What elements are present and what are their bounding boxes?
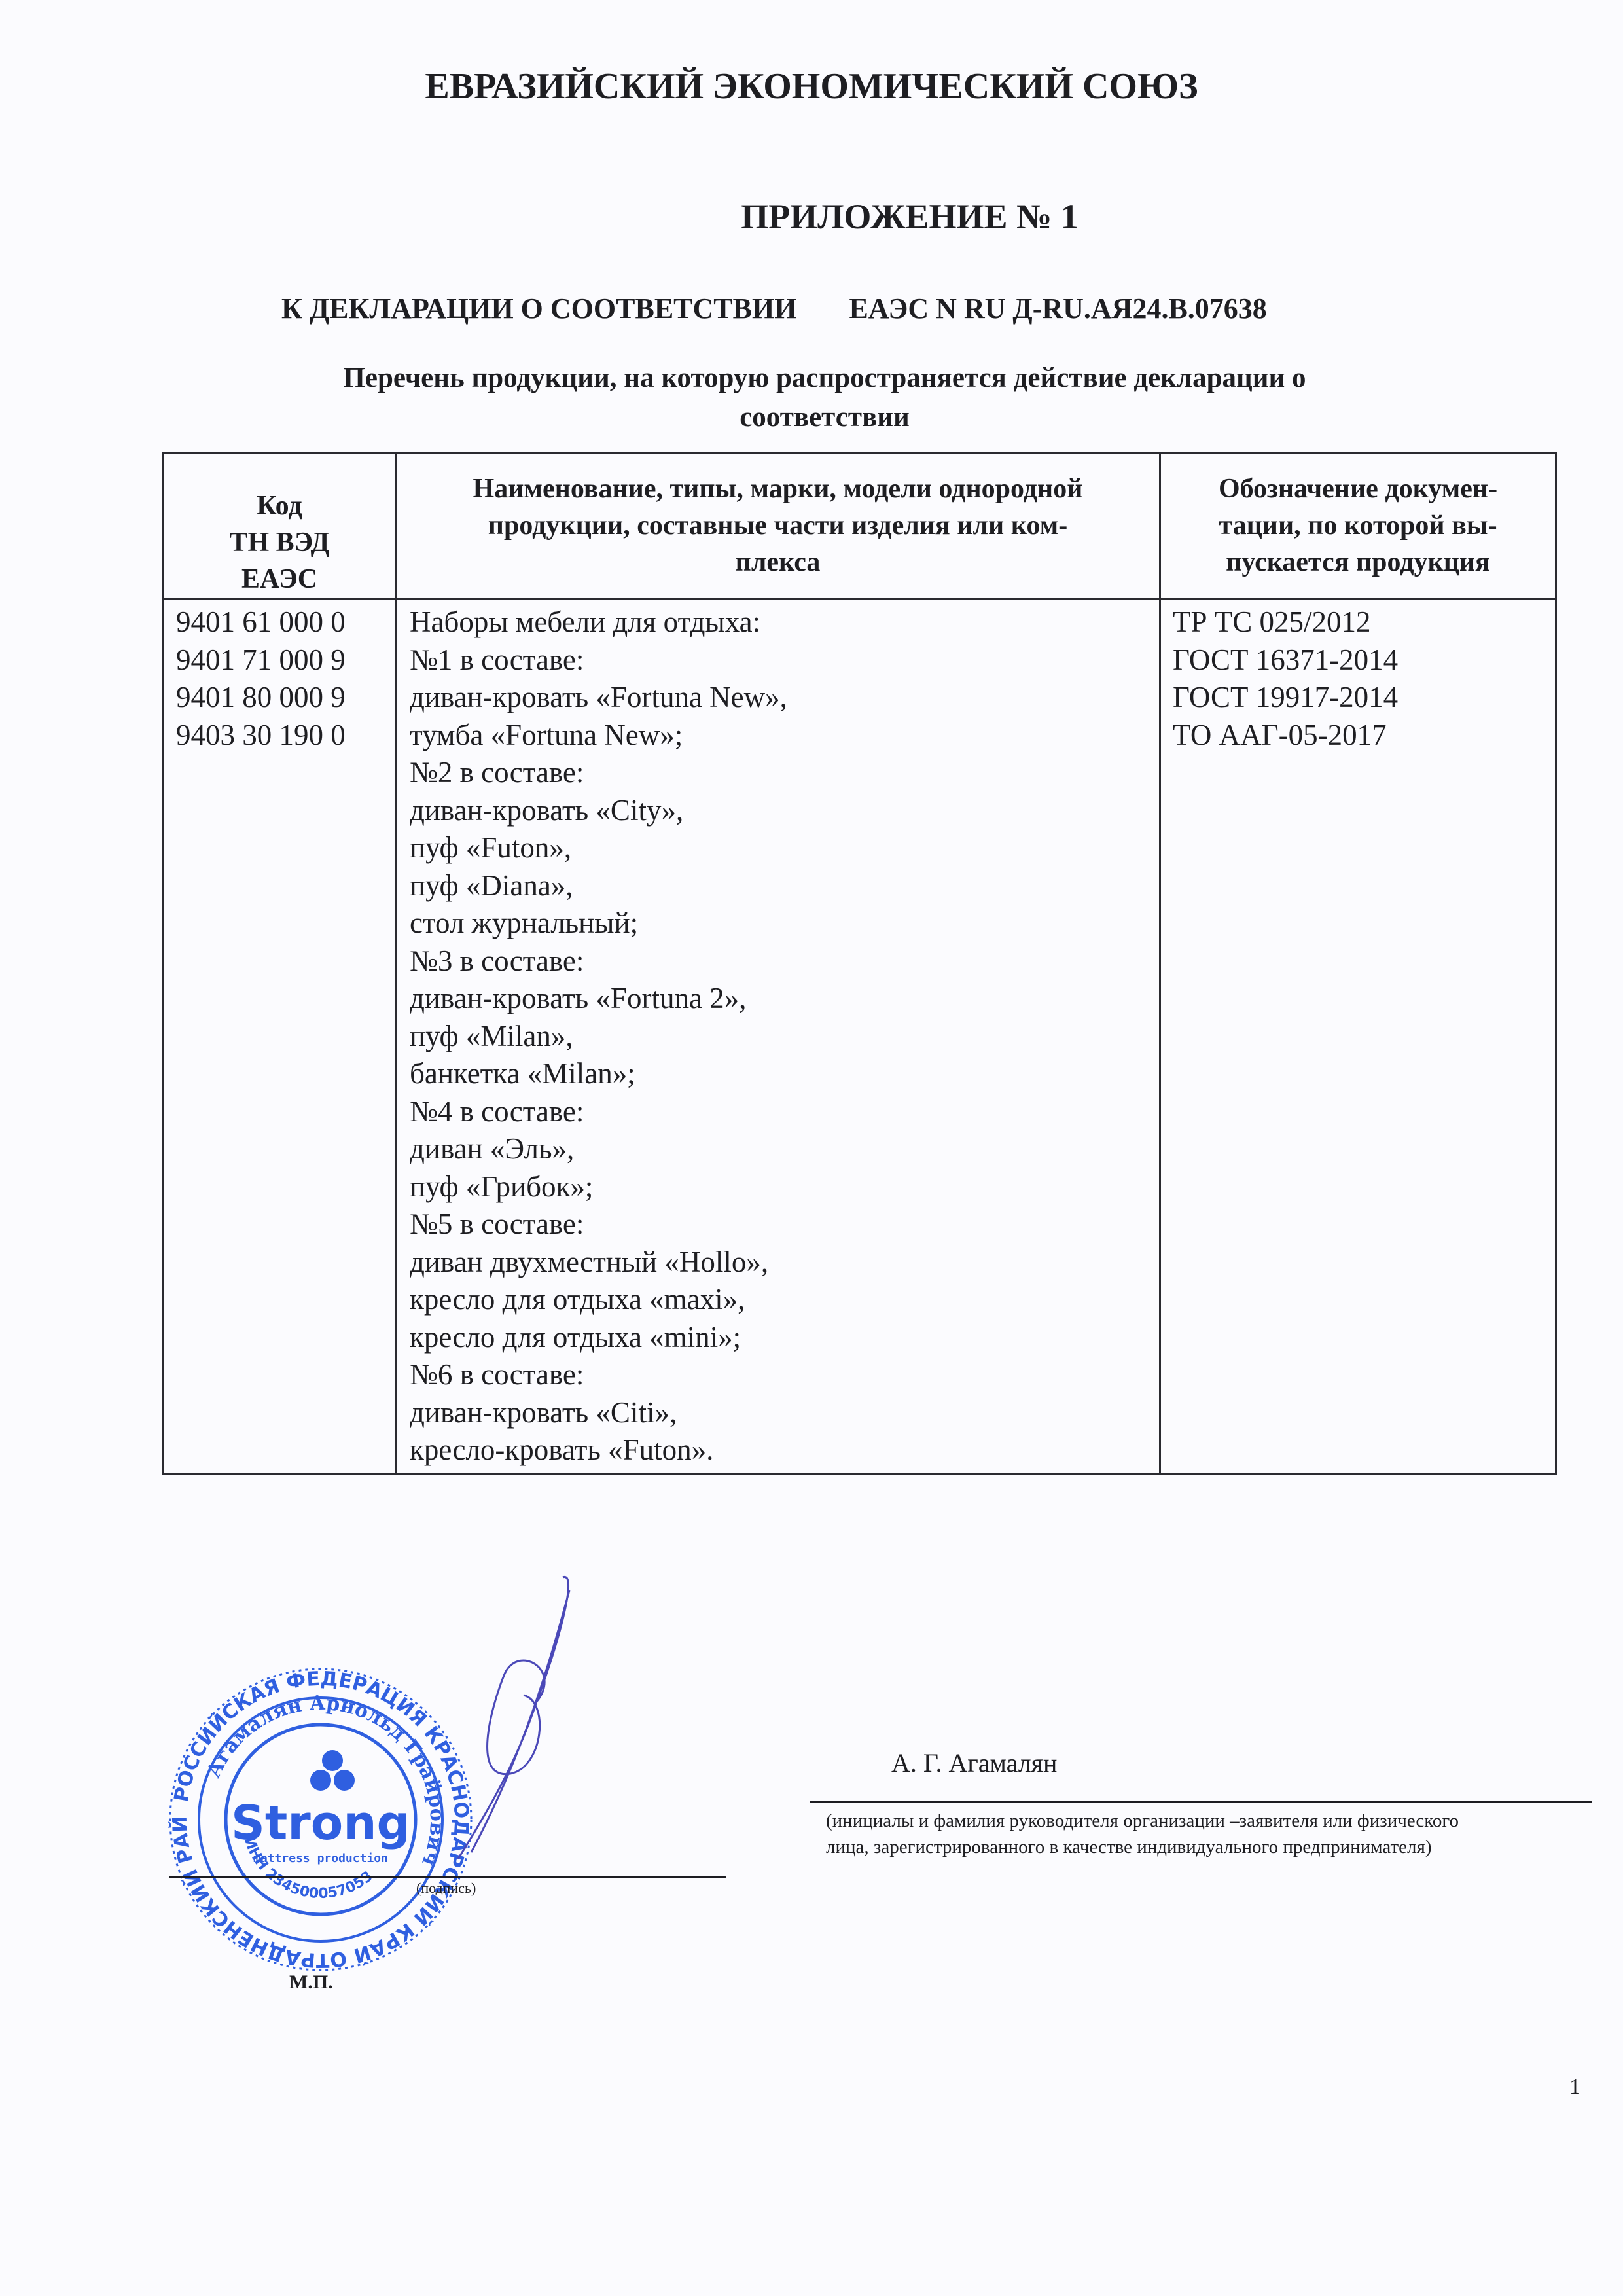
header-product-name: Наименование, типы, марки, модели одноро… xyxy=(396,453,1160,599)
text-line: банкетка «Milan»; xyxy=(410,1055,1147,1093)
subtitle-line-2: соответствии xyxy=(236,398,1414,437)
page-number: 1 xyxy=(1569,2075,1580,2100)
list-subtitle: Перечень продукции, на которую распростр… xyxy=(236,359,1414,437)
text-line: №4 в составе: xyxy=(410,1093,1147,1131)
text-line: диван-кровать «Fortuna New», xyxy=(410,679,1147,717)
text-line: 9401 71 000 9 xyxy=(176,641,383,679)
stamp-logo: Strong xyxy=(231,1795,410,1850)
handwritten-signature xyxy=(393,1571,615,1878)
subtitle-line-1: Перечень продукции, на которую распростр… xyxy=(236,359,1414,398)
text-line: диван-кровать «Citi», xyxy=(410,1394,1147,1432)
declaration-heading: К ДЕКЛАРАЦИИ О СООТВЕТСТВИИЕАЭС N RU Д-R… xyxy=(281,292,1267,325)
text-line: №5 в составе: xyxy=(410,1206,1147,1244)
cell-products: Наборы мебели для отдыха:№1 в составе:ди… xyxy=(396,599,1160,1475)
text-line: Наборы мебели для отдыха: xyxy=(410,603,1147,641)
seal-place-label: М.П. xyxy=(289,1971,333,1994)
products-table: КодТН ВЭДЕАЭС Наименование, типы, марки,… xyxy=(162,452,1557,1475)
text-line: стол журнальный; xyxy=(410,905,1147,942)
table-header-row: КодТН ВЭДЕАЭС Наименование, типы, марки,… xyxy=(164,453,1556,599)
text-line: ГОСТ 16371-2014 xyxy=(1173,641,1543,679)
text-line: диван двухместный «Hollo», xyxy=(410,1244,1147,1282)
text-line: пуф «Грибок»; xyxy=(410,1168,1147,1206)
text-line: продукции, составные части изделия или к… xyxy=(406,507,1150,544)
text-line: тации, по которой вы- xyxy=(1170,507,1546,544)
role-caption-line-1: (инициалы и фамилия руководителя организ… xyxy=(826,1808,1611,1834)
cell-documents: ТР ТС 025/2012ГОСТ 16371-2014ГОСТ 19917-… xyxy=(1160,599,1556,1475)
text-line: тумба «Fortuna New»; xyxy=(410,717,1147,755)
text-line: диван «Эль», xyxy=(410,1130,1147,1168)
text-line: Код xyxy=(173,488,385,524)
text-line: 9403 30 190 0 xyxy=(176,717,383,755)
signature-caption: (подпись) xyxy=(416,1880,476,1897)
text-line: 9401 61 000 0 xyxy=(176,603,383,641)
text-line: №1 в составе: xyxy=(410,641,1147,679)
signer-name: А. Г. Агамалян xyxy=(891,1748,1057,1778)
signature-line xyxy=(169,1876,726,1878)
name-line xyxy=(810,1801,1592,1803)
text-line: №6 в составе: xyxy=(410,1356,1147,1394)
text-line: 9401 80 000 9 xyxy=(176,679,383,717)
text-line: №2 в составе: xyxy=(410,754,1147,792)
text-line: пуф «Milan», xyxy=(410,1018,1147,1056)
text-line: диван-кровать «Fortuna 2», xyxy=(410,980,1147,1018)
stamp-logo-tagline: mattress production xyxy=(253,1852,388,1865)
table-row: 9401 61 000 09401 71 000 99401 80 000 99… xyxy=(164,599,1556,1475)
text-line: пускается продукция xyxy=(1170,544,1546,581)
text-line: пуф «Futon», xyxy=(410,829,1147,867)
role-caption: (инициалы и фамилия руководителя организ… xyxy=(826,1808,1611,1860)
text-line: кресло для отдыха «mini»; xyxy=(410,1319,1147,1357)
header-code: КодТН ВЭДЕАЭС xyxy=(164,453,396,599)
text-line: ТН ВЭД xyxy=(173,524,385,561)
text-line: диван-кровать «City», xyxy=(410,792,1147,830)
cell-codes: 9401 61 000 09401 71 000 99401 80 000 99… xyxy=(164,599,396,1475)
text-line: ГОСТ 19917-2014 xyxy=(1173,679,1543,717)
declaration-label: К ДЕКЛАРАЦИИ О СООТВЕТСТВИИ xyxy=(281,293,796,325)
text-line: Наименование, типы, марки, модели одноро… xyxy=(406,471,1150,507)
declaration-number: ЕАЭС N RU Д-RU.АЯ24.В.07638 xyxy=(849,293,1266,325)
text-line: ЕАЭС xyxy=(173,561,385,598)
text-line: ТР ТС 025/2012 xyxy=(1173,603,1543,641)
union-title: ЕВРАЗИЙСКИЙ ЭКОНОМИЧЕСКИЙ СОЮЗ xyxy=(0,65,1623,107)
text-line: №3 в составе: xyxy=(410,942,1147,980)
appendix-title: ПРИЛОЖЕНИЕ № 1 xyxy=(681,196,1139,237)
role-caption-line-2: лица, зарегистрированного в качестве инд… xyxy=(826,1834,1611,1860)
text-line: кресло для отдыха «maxi», xyxy=(410,1281,1147,1319)
text-line: плекса xyxy=(406,544,1150,581)
text-line: ТО ААГ-05-2017 xyxy=(1173,717,1543,755)
header-documents: Обозначение докумен-тации, по которой вы… xyxy=(1160,453,1556,599)
stamp-logo-dots-icon xyxy=(310,1750,355,1791)
text-line: Обозначение докумен- xyxy=(1170,471,1546,507)
text-line: пуф «Diana», xyxy=(410,867,1147,905)
text-line: кресло-кровать «Futon». xyxy=(410,1431,1147,1469)
